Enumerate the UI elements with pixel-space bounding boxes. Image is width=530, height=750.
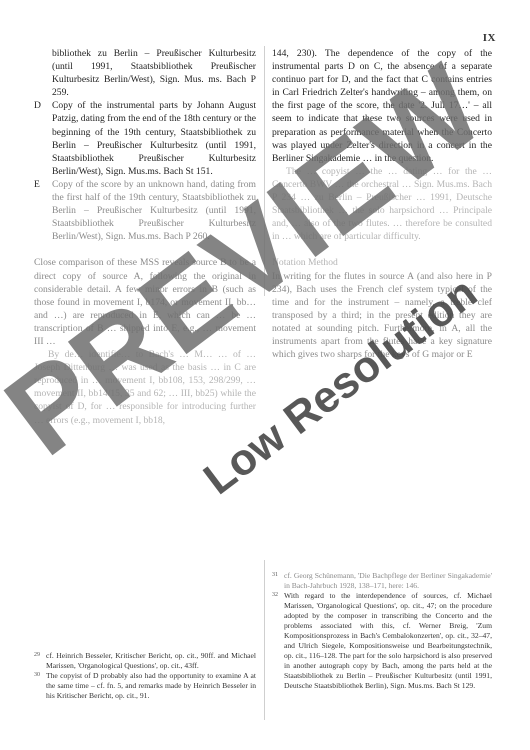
column-divider-bottom: [264, 560, 265, 720]
left-column: bibliothek zu Berlin – Preußischer Kultu…: [34, 47, 256, 427]
source-description: bibliothek zu Berlin – Preußischer Kultu…: [52, 47, 256, 99]
body-paragraph: Close comparison of these MSS reveals so…: [34, 256, 256, 348]
footnote-text: cf. Heinrich Besseler, Kritischer Berich…: [46, 651, 256, 671]
footnote: 29 cf. Heinrich Besseler, Kritischer Ber…: [34, 651, 256, 671]
body-paragraph: By de… identifie… to Bach's … M… … of … …: [34, 348, 256, 427]
footnote: 31 cf. Georg Schünemann, 'Die Bachpflege…: [272, 571, 492, 591]
page-number: IX: [460, 32, 496, 44]
footnote-text: The copyist of D probably also had the o…: [46, 671, 256, 701]
right-column: 144, 230). The dependence of the copy of…: [272, 47, 492, 361]
footnote-number: 29: [34, 651, 46, 671]
footnote-number: 32: [272, 591, 284, 691]
body-paragraph: In writing for the flutes in source A (a…: [272, 270, 492, 362]
document-page: IX bibliothek zu Berlin – Preußischer Ku…: [0, 0, 530, 750]
footnote-number: 31: [272, 571, 284, 591]
source-siglum: [34, 47, 52, 99]
column-divider-top: [264, 46, 265, 296]
source-description: Copy of the score by an unknown hand, da…: [52, 178, 256, 243]
section-heading: Notation Method: [272, 256, 492, 269]
footnote-text: With regard to the interdependence of so…: [284, 591, 492, 691]
source-siglum: D: [34, 99, 52, 178]
footnote-number: 30: [34, 671, 46, 701]
source-siglum: E: [34, 178, 52, 243]
footnotes-right: 31 cf. Georg Schünemann, 'Die Bachpflege…: [272, 571, 492, 691]
body-paragraph: The … copyist … the … dating … for the ……: [272, 165, 492, 244]
source-entry-c-continued: bibliothek zu Berlin – Preußischer Kultu…: [34, 47, 256, 99]
footnote: 32 With regard to the interdependence of…: [272, 591, 492, 691]
footnotes-left: 29 cf. Heinrich Besseler, Kritischer Ber…: [34, 651, 256, 701]
source-entry-e: E Copy of the score by an unknown hand, …: [34, 178, 256, 243]
source-entry-d: D Copy of the instrumental parts by Joha…: [34, 99, 256, 178]
footnote-text: cf. Georg Schünemann, 'Die Bachpflege de…: [284, 571, 492, 591]
footnote: 30 The copyist of D probably also had th…: [34, 671, 256, 701]
body-paragraph: 144, 230). The dependence of the copy of…: [272, 47, 492, 165]
source-description: Copy of the instrumental parts by Johann…: [52, 99, 256, 178]
